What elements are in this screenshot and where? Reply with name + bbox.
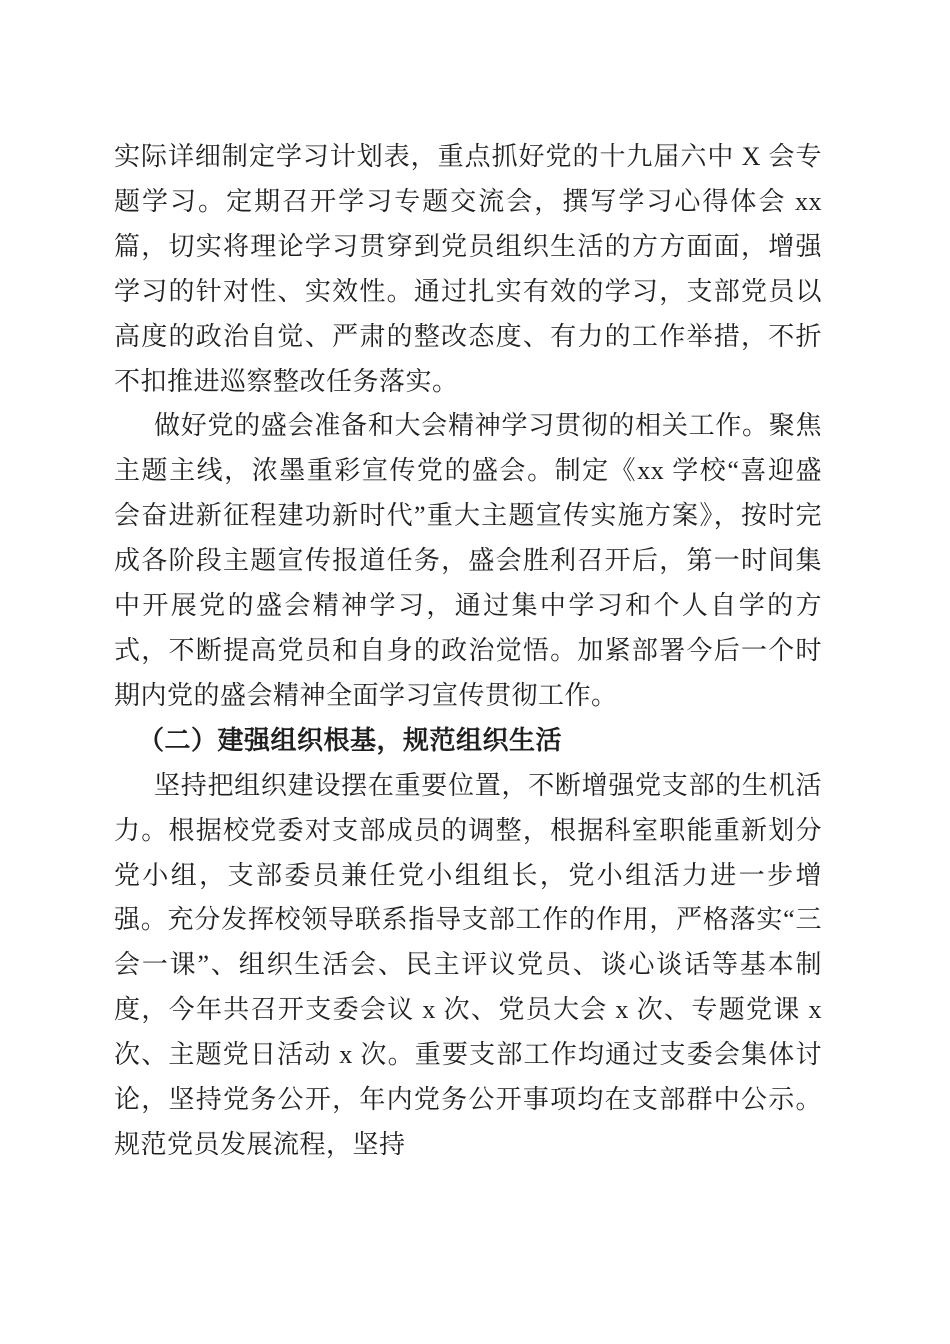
- document-body: 实际详细制定学习计划表，重点抓好党的十九届六中 X 会专题学习。定期召开学习专题…: [114, 135, 822, 1168]
- section-heading: （二）建强组织根基，规范组织生活: [114, 719, 822, 764]
- paragraph: 做好党的盛会准备和大会精神学习贯彻的相关工作。聚焦主题主线，浓墨重彩宣传党的盛会…: [114, 404, 822, 718]
- document-page: 实际详细制定学习计划表，重点抓好党的十九届六中 X 会专题学习。定期召开学习专题…: [0, 0, 950, 1344]
- paragraph-continued: 实际详细制定学习计划表，重点抓好党的十九届六中 X 会专题学习。定期召开学习专题…: [114, 135, 822, 404]
- paragraph: 坚持把组织建设摆在重要位置，不断增强党支部的生机活力。根据校党委对支部成员的调整…: [114, 764, 822, 1168]
